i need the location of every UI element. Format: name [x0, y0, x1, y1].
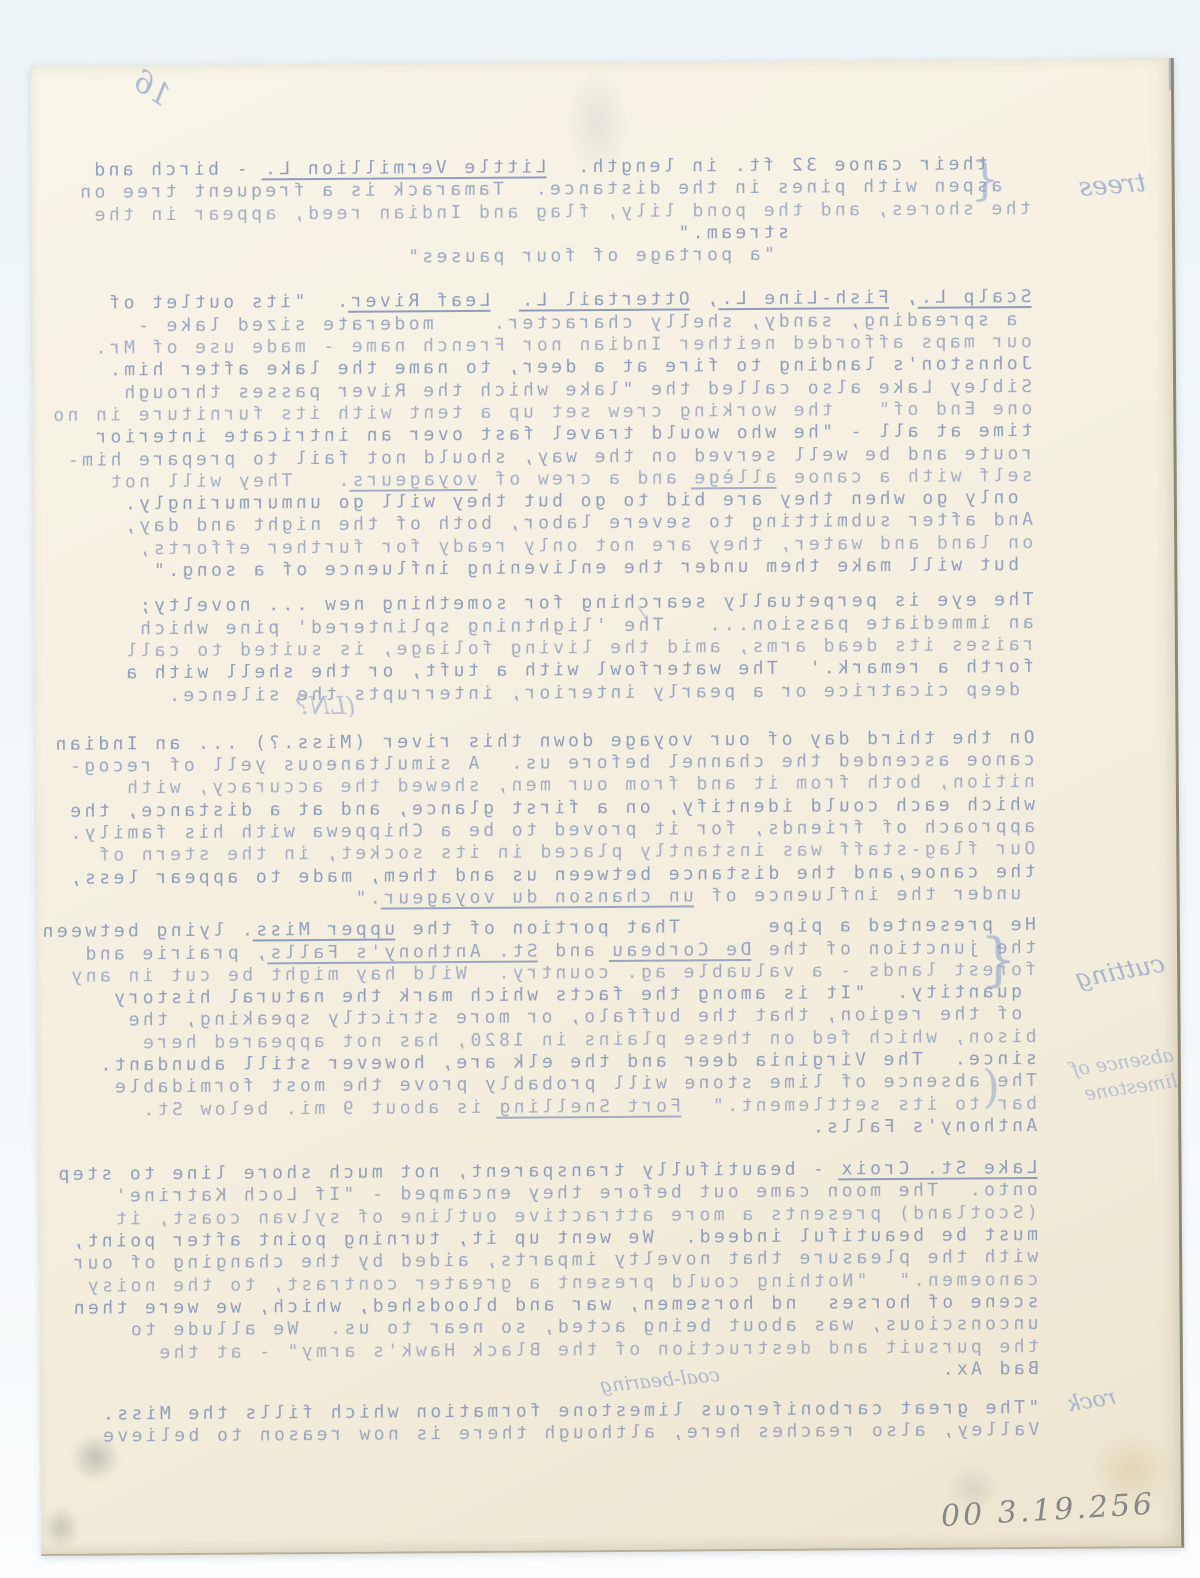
- scan-background: their canoe 32 ft. in length. Little Ver…: [0, 0, 1200, 1578]
- typed-paragraph: their canoe 32 ft. in length. Little Ver…: [31, 153, 1031, 271]
- paper-stain: [1088, 1430, 1175, 1509]
- margin-annotation-trees: trees: [1078, 168, 1147, 203]
- inline-annotation-ln: (LN?: [296, 692, 355, 720]
- typed-paragraph: The eye is perpetually searching for som…: [31, 589, 1034, 707]
- scanned-page: their canoe 32 ft. in length. Little Ver…: [31, 58, 1184, 1556]
- margin-brace-mark: {: [980, 925, 1017, 993]
- typed-text: their canoe 32 ft. in length. Little Ver…: [31, 153, 1040, 1469]
- margin-tick-mark: [1169, 58, 1171, 90]
- margin-paren-mark: (: [982, 1059, 1000, 1113]
- verso-bleedthrough-layer: their canoe 32 ft. in length. Little Ver…: [31, 58, 1181, 1554]
- margin-annotation-cutting: cutting: [1073, 949, 1167, 994]
- paper-smudge: [945, 1463, 1001, 1513]
- typed-paragraph: Lake St. Croix - beautifully transparent…: [32, 1157, 1039, 1387]
- paper-smudge: [70, 1433, 120, 1481]
- page-number: 16: [126, 64, 177, 114]
- margin-annotation-rock: rock: [1065, 1385, 1118, 1418]
- typed-paragraph: On the third day of our voyage down this…: [31, 727, 1036, 912]
- margin-annotation-limestone: absence of limestone: [1070, 1042, 1180, 1109]
- margin-brace-mark: {: [970, 151, 1000, 205]
- paper-crease-smudge: [565, 68, 630, 178]
- typed-paragraph: He presented a pipe That portion of the …: [31, 914, 1038, 1144]
- paper-smudge: [41, 1506, 81, 1550]
- typed-paragraph: "The great carboniferous limestone forma…: [34, 1397, 1039, 1449]
- typed-paragraph: Scalp L., Fish-Line L., Ottertail L. Lea…: [31, 287, 1034, 584]
